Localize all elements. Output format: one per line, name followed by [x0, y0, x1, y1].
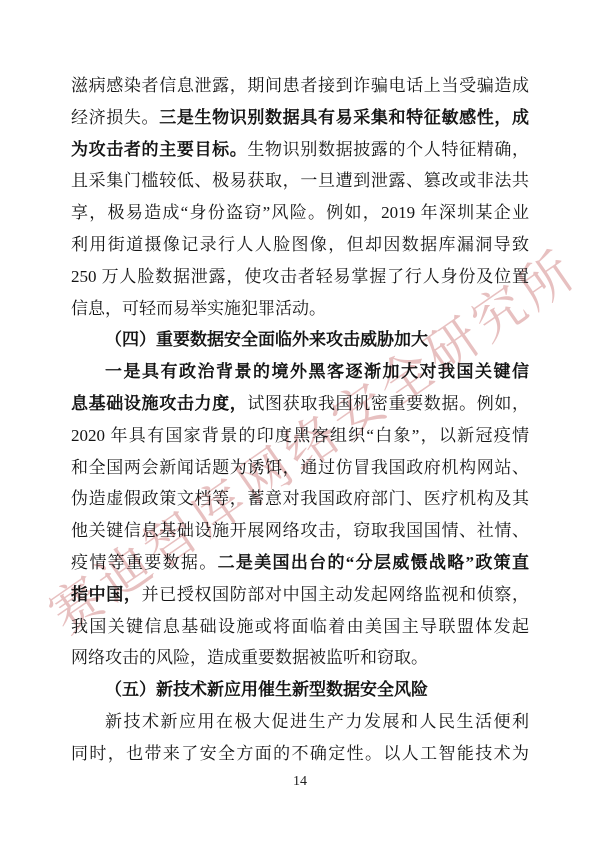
text-segment: 生物识别数据披露的个人特征精确， — [247, 140, 529, 159]
text-line: 疫情等重要数据。二是美国出台的“分层威慑战略”政策直 — [71, 547, 529, 579]
text-line: 且采集门槛较低、极易获取，一旦遭到泄露、篡改或非法共 — [71, 165, 529, 197]
text-line: 信息，可轻而易举实施犯罪活动。 — [71, 293, 529, 325]
text-line: 息基础设施攻击力度，试图获取我国机密重要数据。例如， — [71, 388, 529, 420]
text-line: 和全国两会新闻话题为诱饵，通过仿冒我国政府机构网站、 — [71, 452, 529, 484]
section-heading-line: （四）重要数据安全面临外来攻击威胁加大 — [71, 324, 529, 356]
text-line: 同时，也带来了安全方面的不确定性。以人工智能技术为例， — [71, 738, 529, 770]
text-line: 250 万人脸数据泄露，使攻击者轻易掌握了行人身份及位置 — [71, 261, 529, 293]
text-segment: 2020 年具有国家背景的印度黑客组织“白象”，以新冠疫情 — [71, 426, 529, 445]
bold-text-segment: 为攻击者的主要目标。 — [71, 140, 247, 159]
text-segment: 并已授权国防部对中国主动发起网络监视和侦察， — [142, 585, 529, 604]
text-segment: 我国关键信息基础设施或将面临着由美国主导联盟体发起 — [71, 617, 529, 636]
bold-text-segment: （五）新技术新应用催生新型数据安全风险 — [105, 680, 428, 699]
text-segment: 和全国两会新闻话题为诱饵，通过仿冒我国政府机构网站、 — [71, 458, 529, 477]
text-segment: 经济损失。 — [71, 108, 159, 127]
text-segment: 新技术新应用在极大促进生产力发展和人民生活便利 — [105, 712, 529, 731]
text-line: 伪造虚假政策文档等，蓄意对我国政府部门、医疗机构及其 — [71, 483, 529, 515]
text-segment: 伪造虚假政策文档等，蓄意对我国政府部门、医疗机构及其 — [71, 489, 529, 508]
bold-text-segment: 二是美国出台的“分层威慑战略”政策直 — [218, 553, 529, 572]
text-line: 滋病感染者信息泄露，期间患者接到诈骗电话上当受骗造成 — [71, 70, 529, 102]
text-block: 滋病感染者信息泄露，期间患者接到诈骗电话上当受骗造成经济损失。三是生物识别数据具… — [71, 70, 529, 770]
text-segment: 享，极易造成“身份盗窃”风险。例如，2019 年深圳某企业 — [71, 203, 529, 222]
text-segment: 信息，可轻而易举实施犯罪活动。 — [71, 299, 326, 318]
bold-text-segment: 指中国， — [71, 585, 142, 604]
bold-text-segment: 一是具有政治背景的境外黑客逐渐加大对我国关键信 — [105, 362, 529, 381]
text-line: 指中国，并已授权国防部对中国主动发起网络监视和侦察， — [71, 579, 529, 611]
text-line: 新技术新应用在极大促进生产力发展和人民生活便利 — [71, 706, 529, 738]
text-line: 经济损失。三是生物识别数据具有易采集和特征敏感性，成 — [71, 102, 529, 134]
text-line: 2020 年具有国家背景的印度黑客组织“白象”，以新冠疫情 — [71, 420, 529, 452]
text-line: 为攻击者的主要目标。生物识别数据披露的个人特征精确， — [71, 134, 529, 166]
bold-text-segment: 息基础设施攻击力度， — [71, 394, 247, 413]
text-segment: 同时，也带来了安全方面的不确定性。以人工智能技术为例， — [71, 744, 529, 770]
text-segment: 250 万人脸数据泄露，使攻击者轻易掌握了行人身份及位置 — [71, 267, 529, 286]
text-line: 利用街道摄像记录行人人脸图像，但却因数据库漏洞导致 — [71, 229, 529, 261]
text-segment: 利用街道摄像记录行人人脸图像，但却因数据库漏洞导致 — [71, 235, 529, 254]
text-line: 我国关键信息基础设施或将面临着由美国主导联盟体发起 — [71, 611, 529, 643]
text-segment: 疫情等重要数据。 — [71, 553, 218, 572]
text-segment: 网络攻击的风险，造成重要数据被监听和窃取。 — [71, 648, 428, 667]
text-line: 一是具有政治背景的境外黑客逐渐加大对我国关键信 — [71, 356, 529, 388]
bold-text-segment: （四）重要数据安全面临外来攻击威胁加大 — [105, 330, 428, 349]
text-segment: 且采集门槛较低、极易获取，一旦遭到泄露、篡改或非法共 — [71, 171, 529, 190]
document-page: 赛迪智库网络安全研究所 滋病感染者信息泄露，期间患者接到诈骗电话上当受骗造成经济… — [0, 0, 600, 848]
text-line: 网络攻击的风险，造成重要数据被监听和窃取。 — [71, 642, 529, 674]
text-line: 享，极易造成“身份盗窃”风险。例如，2019 年深圳某企业 — [71, 197, 529, 229]
text-segment: 试图获取我国机密重要数据。例如， — [247, 394, 529, 413]
text-segment: 他关键信息基础设施开展网络攻击，窃取我国国情、社情、 — [71, 521, 529, 540]
text-line: 他关键信息基础设施开展网络攻击，窃取我国国情、社情、 — [71, 515, 529, 547]
section-heading-line: （五）新技术新应用催生新型数据安全风险 — [71, 674, 529, 706]
text-segment: 滋病感染者信息泄露，期间患者接到诈骗电话上当受骗造成 — [71, 76, 529, 95]
page-number: 14 — [0, 774, 600, 790]
bold-text-segment: 三是生物识别数据具有易采集和特征敏感性，成 — [159, 108, 529, 127]
